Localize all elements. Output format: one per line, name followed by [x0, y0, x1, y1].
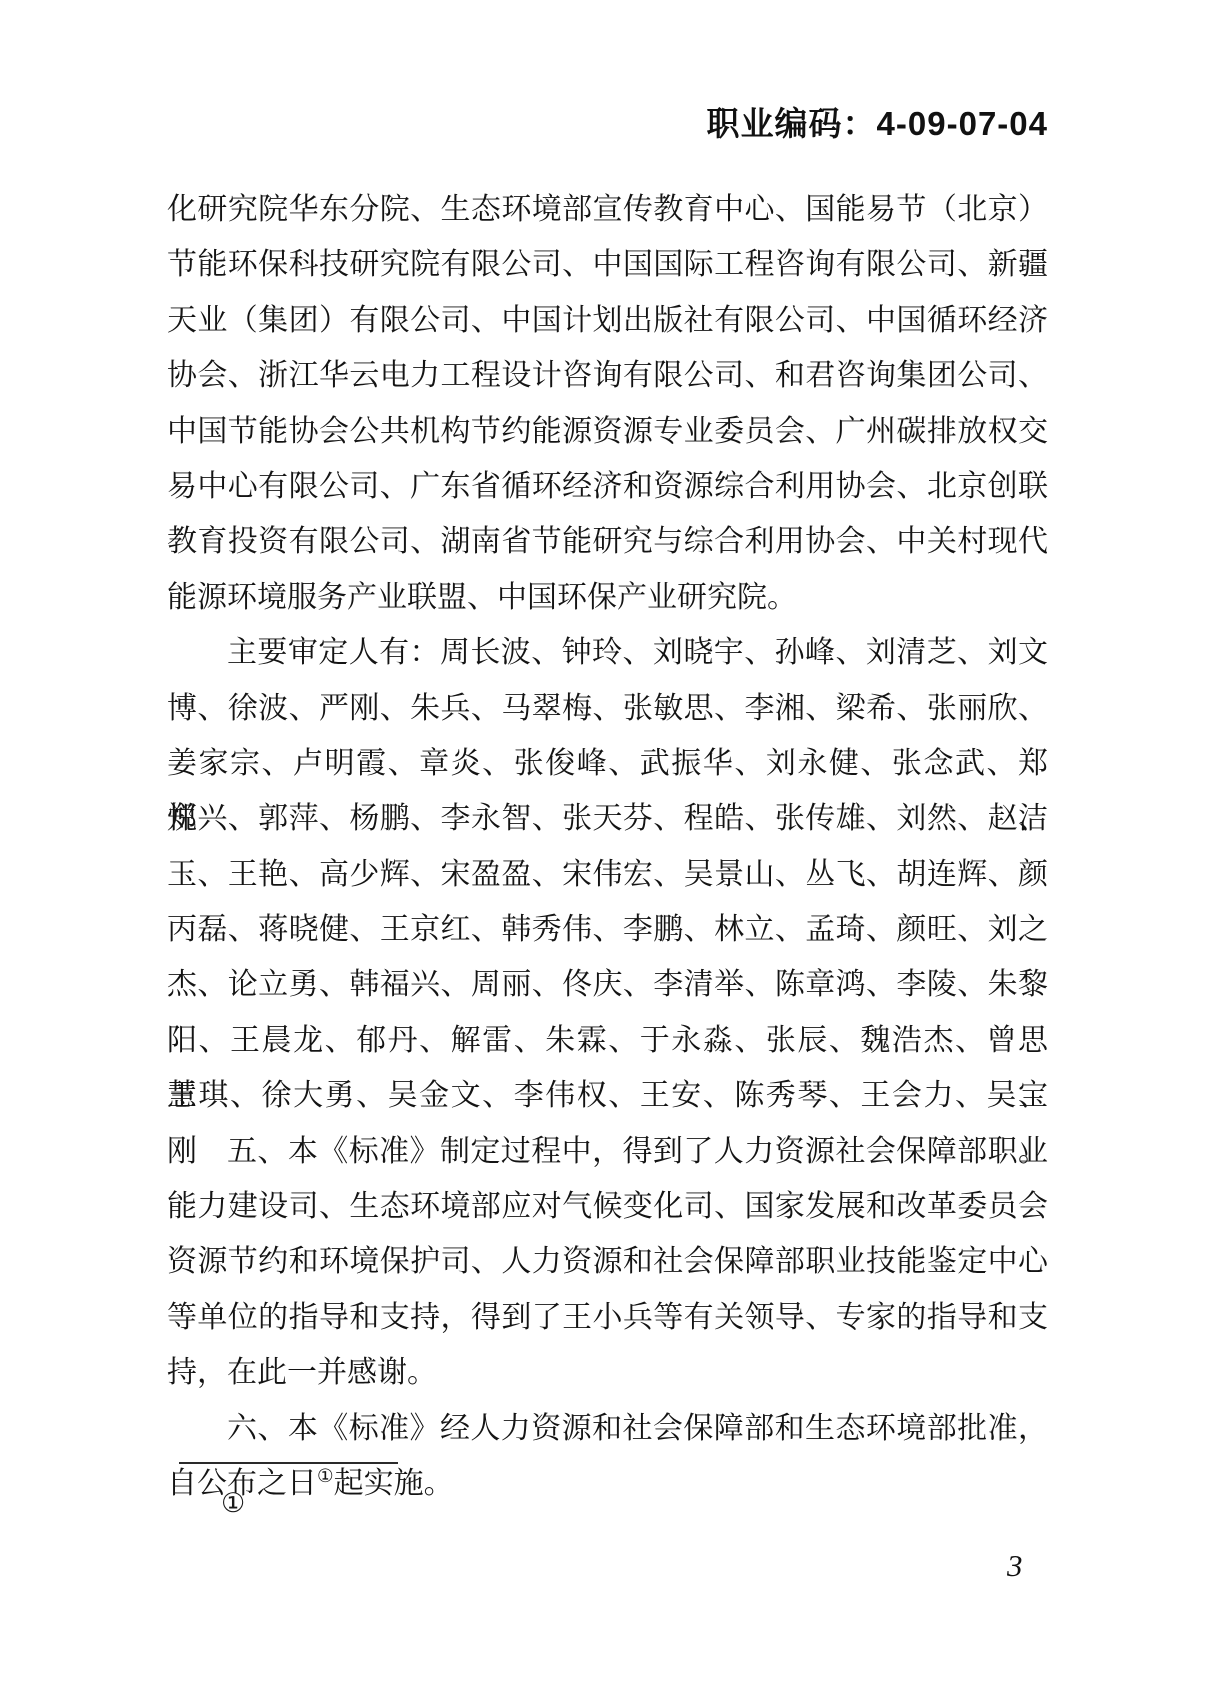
- document-body: 化研究院华东分院、生态环境部宣传教育中心、国能易节（北京） 节能环保科技研究院有…: [167, 182, 1048, 1511]
- text-line: 主要审定人有：周长波、钟玲、刘晓宇、孙峰、刘清芝、刘文: [167, 625, 1048, 680]
- footnote-separator-line: [179, 1462, 398, 1464]
- text-line: 姜家宗、卢明霞、章炎、张俊峰、武振华、刘永健、张念武、郑悦、: [167, 736, 1048, 791]
- text-line: 郑兴、郭萍、杨鹏、李永智、张天芬、程皓、张传雄、刘然、赵洁: [167, 791, 1048, 846]
- text-line: 杰、论立勇、韩福兴、周丽、佟庆、李清举、陈章鸿、李陵、朱黎: [167, 957, 1048, 1012]
- text-line: 王琪、徐大勇、吴金文、李伟权、王安、陈秀琴、王会力、吴宝刚。: [167, 1068, 1048, 1123]
- text-line: 等单位的指导和支持，得到了王小兵等有关领导、专家的指导和支: [167, 1290, 1048, 1345]
- document-page: 职业编码：4-09-07-04 化研究院华东分院、生态环境部宣传教育中心、国能易…: [0, 0, 1212, 1700]
- text-line: 博、徐波、严刚、朱兵、马翠梅、张敏思、李湘、梁希、张丽欣、: [167, 681, 1048, 736]
- final-line-text: 起实施。: [334, 1467, 454, 1500]
- text-line: 教育投资有限公司、湖南省节能研究与综合利用协会、中关村现代: [167, 514, 1048, 569]
- text-line: 协会、浙江华云电力工程设计咨询有限公司、和君咨询集团公司、: [167, 348, 1048, 403]
- text-line: 天业（集团）有限公司、中国计划出版社有限公司、中国循环经济: [167, 293, 1048, 348]
- text-line: 丙磊、蒋晓健、王京红、韩秀伟、李鹏、林立、孟琦、颜旺、刘之: [167, 902, 1048, 957]
- text-line: 玉、王艳、高少辉、宋盈盈、宋伟宏、吴景山、丛飞、胡连辉、颜: [167, 847, 1048, 902]
- text-line: 能源环境服务产业联盟、中国环保产业研究院。: [167, 570, 1048, 625]
- page-number: 3: [1007, 1548, 1023, 1584]
- text-line: 持，在此一并感谢。: [167, 1345, 1048, 1400]
- text-line: 中国节能协会公共机构节约能源资源专业委员会、广州碳排放权交: [167, 404, 1048, 459]
- text-line-with-footnote-ref: 自公布之日①起实施。: [167, 1456, 1048, 1511]
- text-line: 六、本《标准》经人力资源和社会保障部和生态环境部批准，: [167, 1401, 1048, 1456]
- text-line: 五、本《标准》制定过程中，得到了人力资源社会保障部职业: [167, 1124, 1048, 1179]
- text-line: 化研究院华东分院、生态环境部宣传教育中心、国能易节（北京）: [167, 182, 1048, 237]
- occupation-code-header: 职业编码：4-09-07-04: [707, 98, 1048, 145]
- text-line: 资源节约和环境保护司、人力资源和社会保障部职业技能鉴定中心: [167, 1234, 1048, 1289]
- text-line: 阳、王晨龙、郁丹、解雷、朱霖、于永淼、张辰、魏浩杰、曾思慧、: [167, 1013, 1048, 1068]
- text-line: 易中心有限公司、广东省循环经济和资源综合利用协会、北京创联: [167, 459, 1048, 514]
- footnote-reference: ①: [317, 1466, 334, 1487]
- text-line: 节能环保科技研究院有限公司、中国国际工程咨询有限公司、新疆: [167, 237, 1048, 292]
- footnote-marker: ①: [221, 1488, 245, 1519]
- text-line: 能力建设司、生态环境部应对气候变化司、国家发展和改革委员会: [167, 1179, 1048, 1234]
